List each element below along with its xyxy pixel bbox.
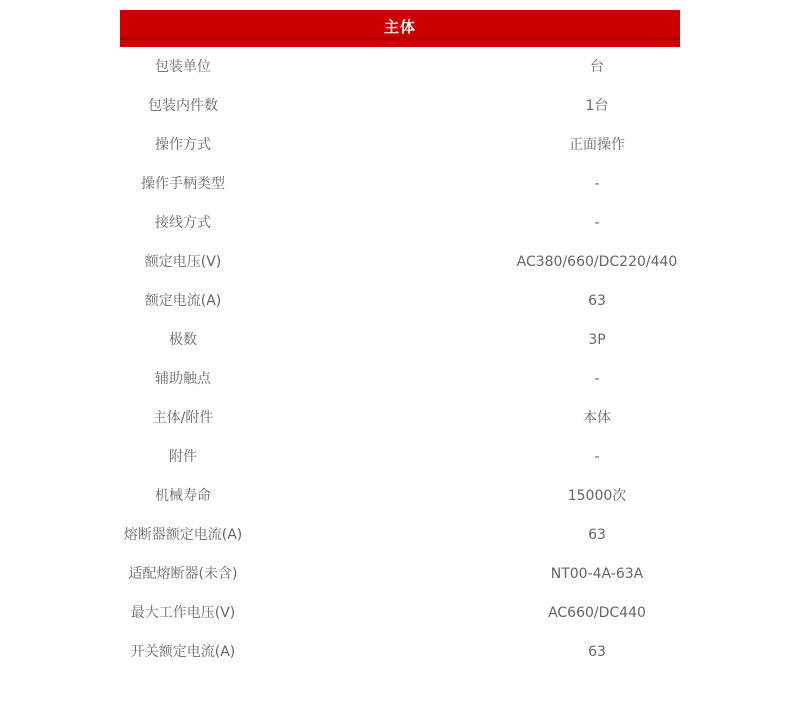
spec-label: 主体/附件 — [120, 411, 246, 425]
spec-row: 操作手柄类型 - — [120, 164, 680, 203]
spec-label: 机械寿命 — [120, 489, 246, 503]
spec-label: 包装单位 — [120, 60, 246, 74]
spec-value: - — [514, 372, 680, 386]
spec-value: 正面操作 — [514, 138, 680, 152]
table-title: 主体 — [384, 16, 416, 37]
spec-value: - — [514, 450, 680, 464]
spec-row: 额定电压(V) AC380/660/DC220/440 — [120, 242, 680, 281]
spec-value: 63 — [514, 645, 680, 659]
spec-row: 包装单位 台 — [120, 47, 680, 86]
spec-value: 台 — [514, 60, 680, 74]
spec-row: 附件 - — [120, 437, 680, 476]
spec-row: 适配熔断器(未含) NT00-4A-63A — [120, 554, 680, 593]
spec-row: 极数 3P — [120, 320, 680, 359]
spec-label: 包装内件数 — [120, 99, 246, 113]
spec-value: 63 — [514, 294, 680, 308]
spec-rows: 包装单位 台 包装内件数 1台 操作方式 正面操作 操作手柄类型 - 接线方式 … — [120, 47, 680, 671]
spec-value: AC380/660/DC220/440 — [514, 255, 680, 269]
spec-value: 本体 — [514, 411, 680, 425]
spec-row: 熔断器额定电流(A) 63 — [120, 515, 680, 554]
spec-value: NT00-4A-63A — [514, 567, 680, 581]
spec-row: 机械寿命 15000次 — [120, 476, 680, 515]
spec-label: 操作手柄类型 — [120, 177, 246, 191]
spec-label: 操作方式 — [120, 138, 246, 152]
spec-row: 操作方式 正面操作 — [120, 125, 680, 164]
spec-label: 辅助触点 — [120, 372, 246, 386]
spec-label: 极数 — [120, 333, 246, 347]
table-header: 主体 — [120, 10, 680, 47]
spec-row: 额定电流(A) 63 — [120, 281, 680, 320]
spec-label: 开关额定电流(A) — [120, 645, 246, 659]
spec-value: - — [514, 177, 680, 191]
spec-value: 3P — [514, 333, 680, 347]
spec-label: 附件 — [120, 450, 246, 464]
spec-value: AC660/DC440 — [514, 606, 680, 620]
spec-row: 开关额定电流(A) 63 — [120, 632, 680, 671]
spec-row: 包装内件数 1台 — [120, 86, 680, 125]
spec-label: 额定电压(V) — [120, 255, 246, 269]
spec-label: 最大工作电压(V) — [120, 606, 246, 620]
spec-value: 1台 — [514, 99, 680, 113]
spec-page: 主体 包装单位 台 包装内件数 1台 操作方式 正面操作 操作手柄类型 - 接线… — [0, 0, 800, 710]
spec-value: - — [514, 216, 680, 230]
spec-value: 15000次 — [514, 489, 680, 503]
spec-value: 63 — [514, 528, 680, 542]
spec-label: 接线方式 — [120, 216, 246, 230]
spec-label: 熔断器额定电流(A) — [120, 528, 246, 542]
spec-row: 辅助触点 - — [120, 359, 680, 398]
spec-row: 主体/附件 本体 — [120, 398, 680, 437]
spec-row: 接线方式 - — [120, 203, 680, 242]
spec-table: 主体 包装单位 台 包装内件数 1台 操作方式 正面操作 操作手柄类型 - 接线… — [120, 10, 680, 671]
spec-label: 额定电流(A) — [120, 294, 246, 308]
spec-row: 最大工作电压(V) AC660/DC440 — [120, 593, 680, 632]
spec-label: 适配熔断器(未含) — [120, 567, 246, 581]
